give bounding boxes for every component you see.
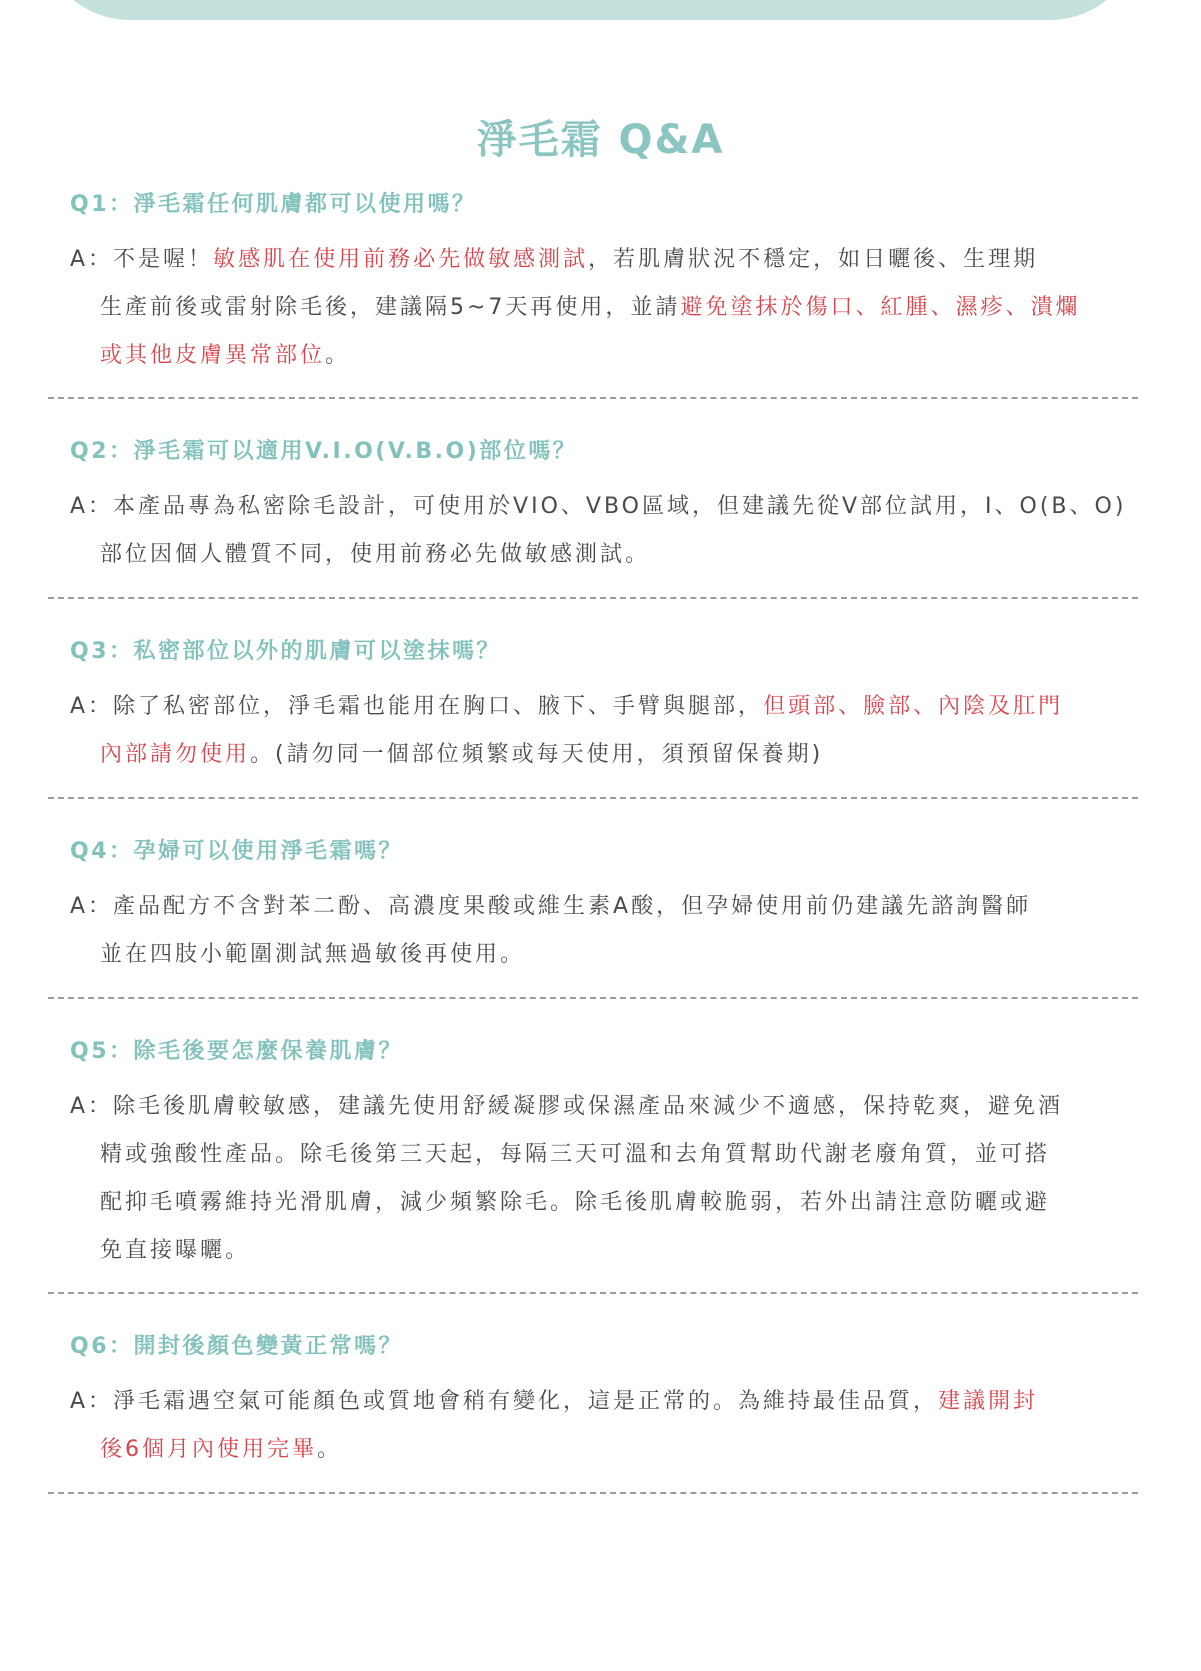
faq-question: Q1：淨毛霜任何肌膚都可以使用嗎？ — [70, 190, 1150, 220]
answer-highlight: 建議開封 — [938, 1389, 1038, 1414]
faq-answer: A：除了私密部位，淨毛霜也能用在胸口、腋下、手臂與腿部，但頭部、臉部、內陰及肛門… — [70, 683, 1150, 779]
top-banner — [40, 0, 1140, 20]
answer-line: A：除毛後肌膚較敏感，建議先使用舒緩凝膠或保濕產品來減少不適感，保持乾爽，避免酒 — [70, 1083, 1150, 1131]
answer-text: 精或強酸性產品。除毛後第三天起，每隔三天可溫和去角質幫助代謝老廢角質，並可搭 — [100, 1142, 1050, 1167]
faq-question: Q3：私密部位以外的肌膚可以塗抹嗎？ — [70, 637, 1150, 667]
answer-highlight: 但頭部、臉部、內陰及肛門 — [763, 694, 1063, 719]
answer-highlight: 避免塗抹於傷口、紅腫、濕疹、潰爛 — [680, 295, 1080, 320]
answer-text: ，若肌膚狀況不穩定，如日曬後、生理期 — [588, 247, 1038, 272]
answer-line: A：產品配方不含對苯二酚、高濃度果酸或維生素A酸，但孕婦使用前仍建議先諮詢醫師 — [70, 883, 1150, 931]
answer-text: 配抑毛噴霧維持光滑肌膚，減少頻繁除毛。除毛後肌膚較脆弱，若外出請注意防曬或避 — [100, 1190, 1050, 1215]
answer-line: 精或強酸性產品。除毛後第三天起，每隔三天可溫和去角質幫助代謝老廢角質，並可搭 — [70, 1131, 1150, 1179]
answer-text: 。 — [325, 343, 350, 368]
faq-answer: A：不是喔！敏感肌在使用前務必先做敏感測試，若肌膚狀況不穩定，如日曬後、生理期 … — [70, 236, 1150, 380]
faq-item-4: Q4：孕婦可以使用淨毛霜嗎？ A：產品配方不含對苯二酚、高濃度果酸或維生素A酸，… — [70, 837, 1150, 979]
answer-text: A：本產品專為私密除毛設計，可使用於VIO、VBO區域，但建議先從V部位試用，I… — [70, 494, 1126, 519]
answer-highlight: 後6個月內使用完畢 — [100, 1437, 317, 1462]
answer-text: A：除毛後肌膚較敏感，建議先使用舒緩凝膠或保濕產品來減少不適感，保持乾爽，避免酒 — [70, 1094, 1063, 1119]
answer-line: 免直接曝曬。 — [70, 1227, 1150, 1275]
faq-answer: A：除毛後肌膚較敏感，建議先使用舒緩凝膠或保濕產品來減少不適感，保持乾爽，避免酒… — [70, 1083, 1150, 1275]
dashed-divider — [48, 1492, 1138, 1494]
faq-answer: A：產品配方不含對苯二酚、高濃度果酸或維生素A酸，但孕婦使用前仍建議先諮詢醫師 … — [70, 883, 1150, 979]
answer-text: A：產品配方不含對苯二酚、高濃度果酸或維生素A酸，但孕婦使用前仍建議先諮詢醫師 — [70, 894, 1031, 919]
answer-line: 部位因個人體質不同，使用前務必先做敏感測試。 — [70, 531, 1150, 579]
dashed-divider — [48, 397, 1138, 399]
faq-answer: A：本產品專為私密除毛設計，可使用於VIO、VBO區域，但建議先從V部位試用，I… — [70, 483, 1150, 579]
answer-line: A：不是喔！敏感肌在使用前務必先做敏感測試，若肌膚狀況不穩定，如日曬後、生理期 — [70, 236, 1150, 284]
answer-highlight: 或其他皮膚異常部位 — [100, 343, 325, 368]
answer-line: 後6個月內使用完畢。 — [70, 1426, 1150, 1474]
faq-answer: A：淨毛霜遇空氣可能顏色或質地會稍有變化，這是正常的。為維持最佳品質，建議開封 … — [70, 1378, 1150, 1474]
answer-text: 部位因個人體質不同，使用前務必先做敏感測試。 — [100, 542, 650, 567]
faq-item-6: Q6：開封後顏色變黃正常嗎？ A：淨毛霜遇空氣可能顏色或質地會稍有變化，這是正常… — [70, 1332, 1150, 1474]
faq-item-3: Q3：私密部位以外的肌膚可以塗抹嗎？ A：除了私密部位，淨毛霜也能用在胸口、腋下… — [70, 637, 1150, 779]
answer-line: 配抑毛噴霧維持光滑肌膚，減少頻繁除毛。除毛後肌膚較脆弱，若外出請注意防曬或避 — [70, 1179, 1150, 1227]
faq-item-1: Q1：淨毛霜任何肌膚都可以使用嗎？ A：不是喔！敏感肌在使用前務必先做敏感測試，… — [70, 190, 1150, 380]
dashed-divider — [48, 797, 1138, 799]
answer-text: 。(請勿同一個部位頻繁或每天使用，須預留保養期) — [250, 742, 823, 767]
answer-highlight: 敏感肌在使用前務必先做敏感測試 — [213, 247, 588, 272]
faq-question: Q2：淨毛霜可以適用V.I.O(V.B.O)部位嗎？ — [70, 437, 1150, 467]
answer-text: A：淨毛霜遇空氣可能顏色或質地會稍有變化，這是正常的。為維持最佳品質， — [70, 1389, 938, 1414]
answer-line: A：淨毛霜遇空氣可能顏色或質地會稍有變化，這是正常的。為維持最佳品質，建議開封 — [70, 1378, 1150, 1426]
dashed-divider — [48, 597, 1138, 599]
answer-line: 內部請勿使用。(請勿同一個部位頻繁或每天使用，須預留保養期) — [70, 731, 1150, 779]
answer-line: A：除了私密部位，淨毛霜也能用在胸口、腋下、手臂與腿部，但頭部、臉部、內陰及肛門 — [70, 683, 1150, 731]
faq-question: Q5：除毛後要怎麼保養肌膚？ — [70, 1037, 1150, 1067]
answer-text: 。 — [317, 1437, 342, 1462]
dashed-divider — [48, 1292, 1138, 1294]
page-title: 淨毛霜 Q&A — [0, 112, 1201, 168]
answer-line: A：本產品專為私密除毛設計，可使用於VIO、VBO區域，但建議先從V部位試用，I… — [70, 483, 1150, 531]
dashed-divider — [48, 997, 1138, 999]
answer-text: 免直接曝曬。 — [100, 1238, 250, 1263]
answer-highlight: 內部請勿使用 — [100, 742, 250, 767]
faq-item-5: Q5：除毛後要怎麼保養肌膚？ A：除毛後肌膚較敏感，建議先使用舒緩凝膠或保濕產品… — [70, 1037, 1150, 1275]
answer-text: 並在四肢小範圍測試無過敏後再使用。 — [100, 942, 525, 967]
faq-item-2: Q2：淨毛霜可以適用V.I.O(V.B.O)部位嗎？ A：本產品專為私密除毛設計… — [70, 437, 1150, 579]
faq-question: Q6：開封後顏色變黃正常嗎？ — [70, 1332, 1150, 1362]
answer-text: A：不是喔！ — [70, 247, 213, 272]
answer-line: 並在四肢小範圍測試無過敏後再使用。 — [70, 931, 1150, 979]
answer-line: 或其他皮膚異常部位。 — [70, 332, 1150, 380]
answer-text: A：除了私密部位，淨毛霜也能用在胸口、腋下、手臂與腿部， — [70, 694, 763, 719]
answer-text: 生產前後或雷射除毛後，建議隔5~7天再使用，並請 — [100, 295, 680, 320]
faq-question: Q4：孕婦可以使用淨毛霜嗎？ — [70, 837, 1150, 867]
answer-line: 生產前後或雷射除毛後，建議隔5~7天再使用，並請避免塗抹於傷口、紅腫、濕疹、潰爛 — [70, 284, 1150, 332]
